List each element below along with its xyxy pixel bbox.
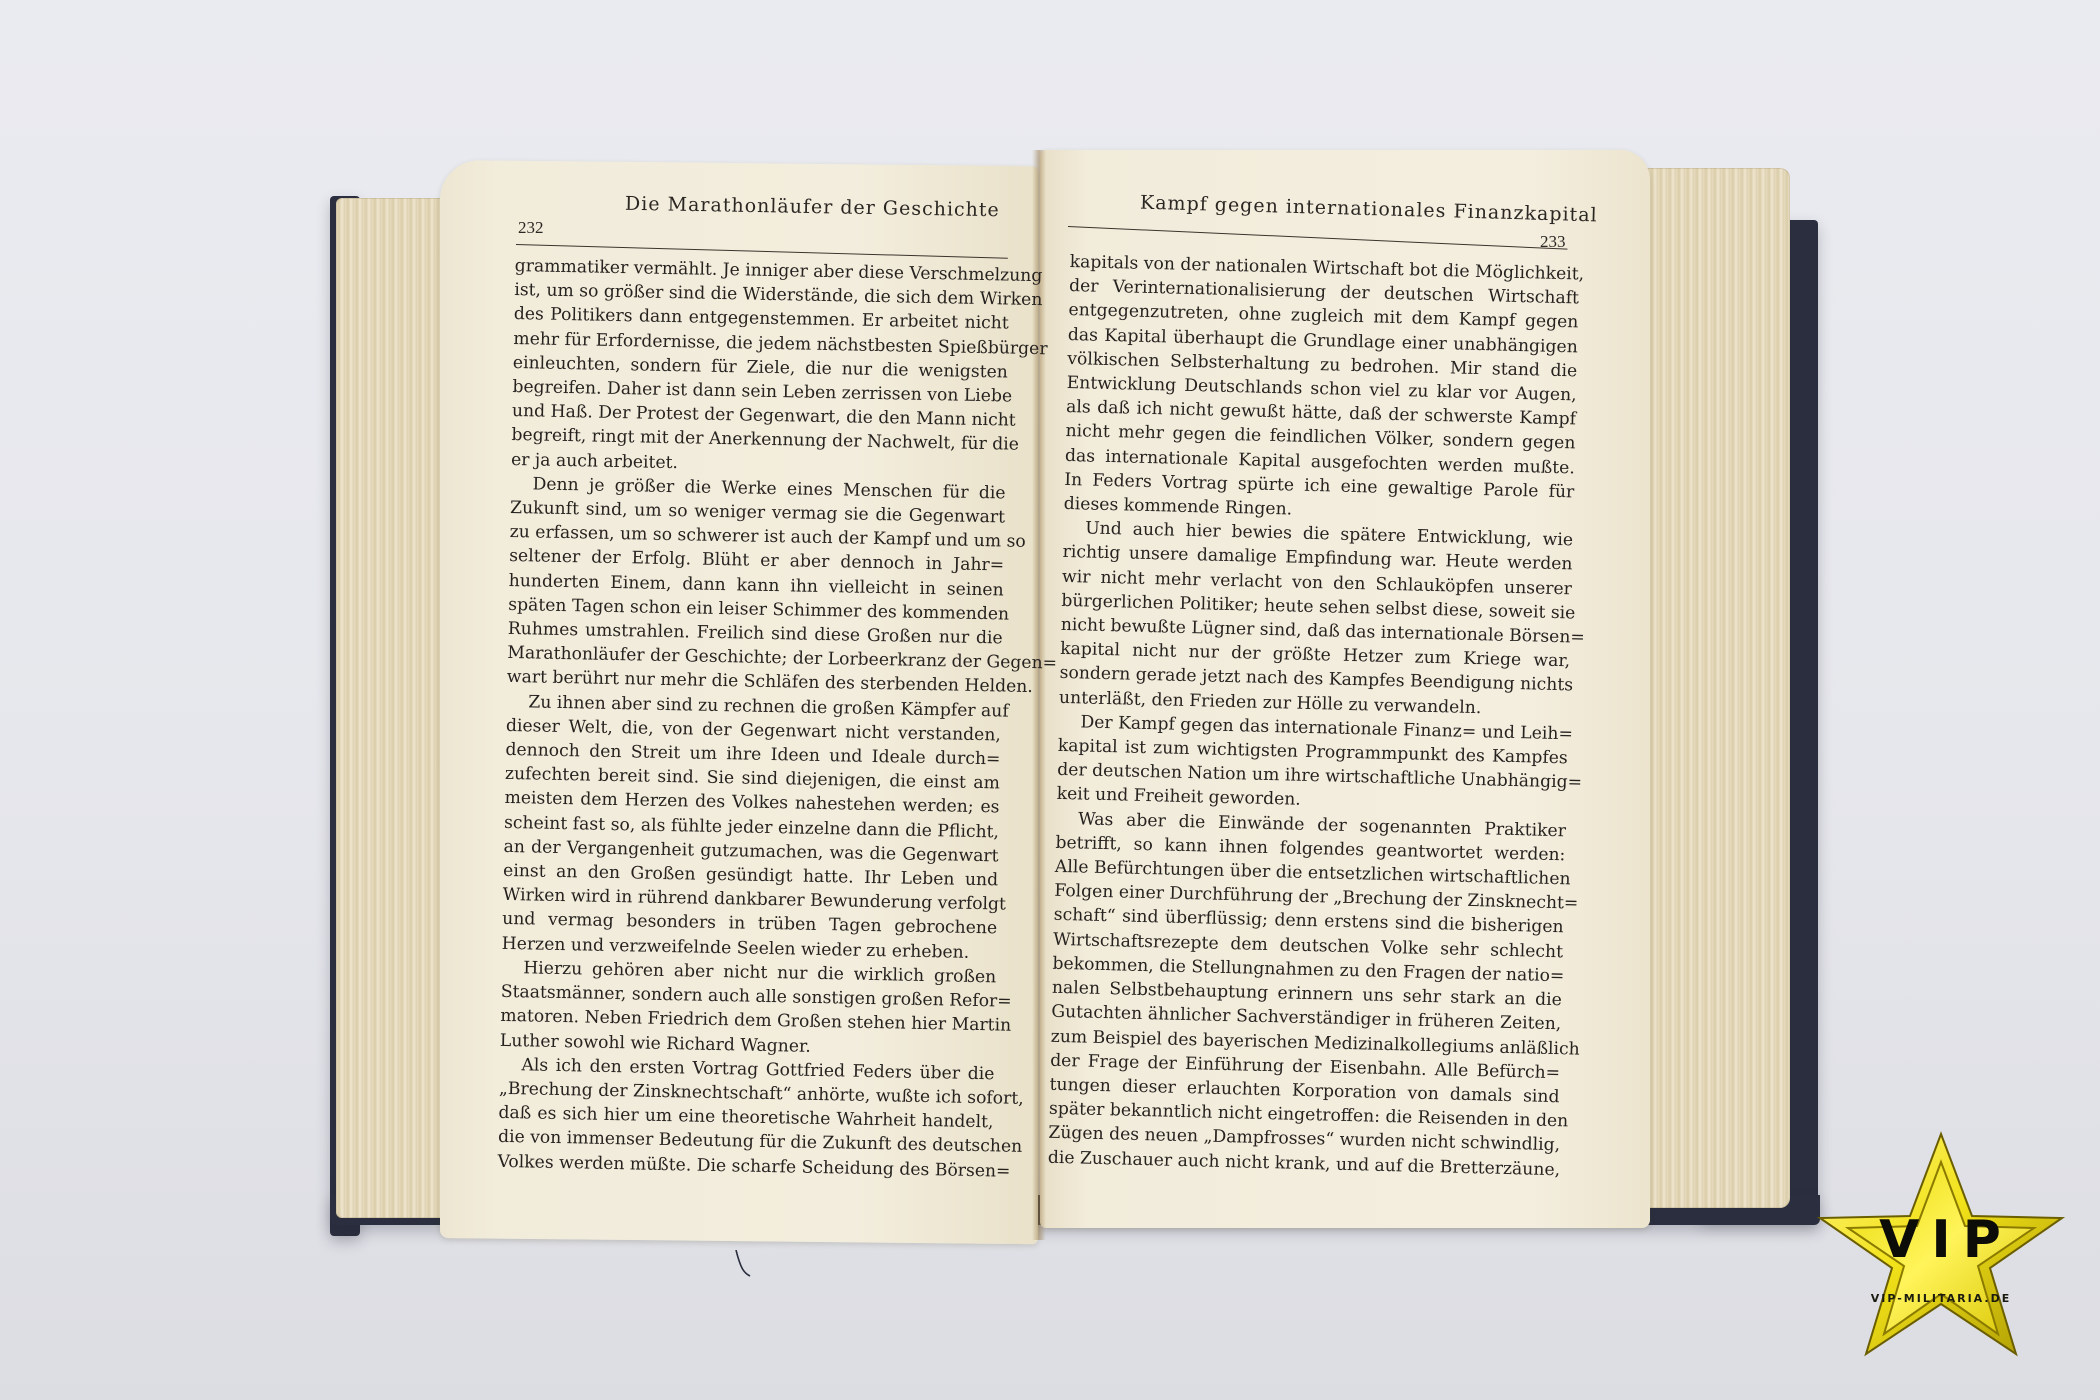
watermark-vip-text: VIP [1816,1210,2066,1270]
page-block-edge-left [336,198,446,1218]
page-block-edge-right [1640,168,1790,1208]
right-page-body: kapitals von der nationalen Wirtschaft b… [1048,250,1580,1182]
left-page-body: grammatiker vermählt. Je inniger aber di… [497,254,1010,1183]
vip-militaria-watermark: VIP VIP-MILITARIA.DE [1816,1128,2066,1360]
bookmark-thread [732,1250,752,1278]
book-gutter [1032,150,1046,1240]
watermark-site-text: VIP-MILITARIA.DE [1816,1292,2066,1305]
left-page-number: 232 [518,218,544,238]
photo-scene: 232 Die Marathonläufer der Geschichte Ka… [0,0,2100,1400]
